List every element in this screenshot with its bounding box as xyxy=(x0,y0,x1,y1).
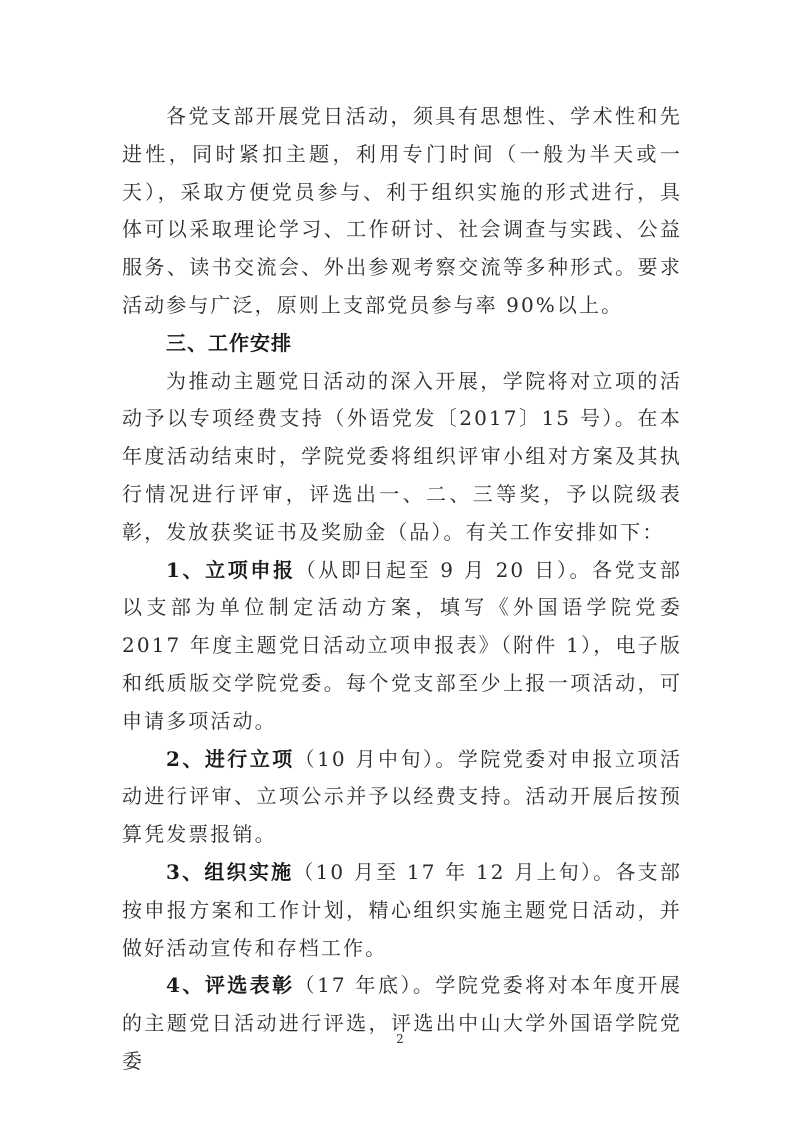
step-3-title: 3、组织实施 xyxy=(166,860,293,884)
page-number: 2 xyxy=(0,1032,800,1046)
paragraph-activity-requirements: 各党支部开展党日活动，须具有思想性、学术性和先进性，同时紧扣主题，利用专门时间（… xyxy=(122,98,682,325)
paragraph-step-2: 2、进行立项（10 月中旬）。学院党委对申报立项活动进行评审、立项公示并予以经费… xyxy=(122,741,682,854)
paragraph-step-4: 4、评选表彰（17 年底）。学院党委将对本年度开展的主题党日活动进行评选，评选出… xyxy=(122,967,682,1080)
step-2-title: 2、进行立项 xyxy=(166,747,295,771)
document-page: 各党支部开展党日活动，须具有思想性、学术性和先进性，同时紧扣主题，利用专门时间（… xyxy=(122,98,682,1081)
section-heading-work-arrangement: 三、工作安排 xyxy=(122,325,682,363)
step-4-title: 4、评选表彰 xyxy=(166,973,295,997)
paragraph-step-3: 3、组织实施（10 月至 17 年 12 月上旬）。各支部按申报方案和工作计划，… xyxy=(122,854,682,967)
step-1-title: 1、立项申报 xyxy=(166,558,296,582)
step-1-body: （从即日起至 9 月 20 日）。各党支部以支部为单位制定活动方案，填写《外国语… xyxy=(122,558,682,733)
paragraph-step-1: 1、立项申报（从即日起至 9 月 20 日）。各党支部以支部为单位制定活动方案，… xyxy=(122,552,682,741)
paragraph-funding-support: 为推动主题党日活动的深入开展，学院将对立项的活动予以专项经费支持（外语党发〔20… xyxy=(122,363,682,552)
